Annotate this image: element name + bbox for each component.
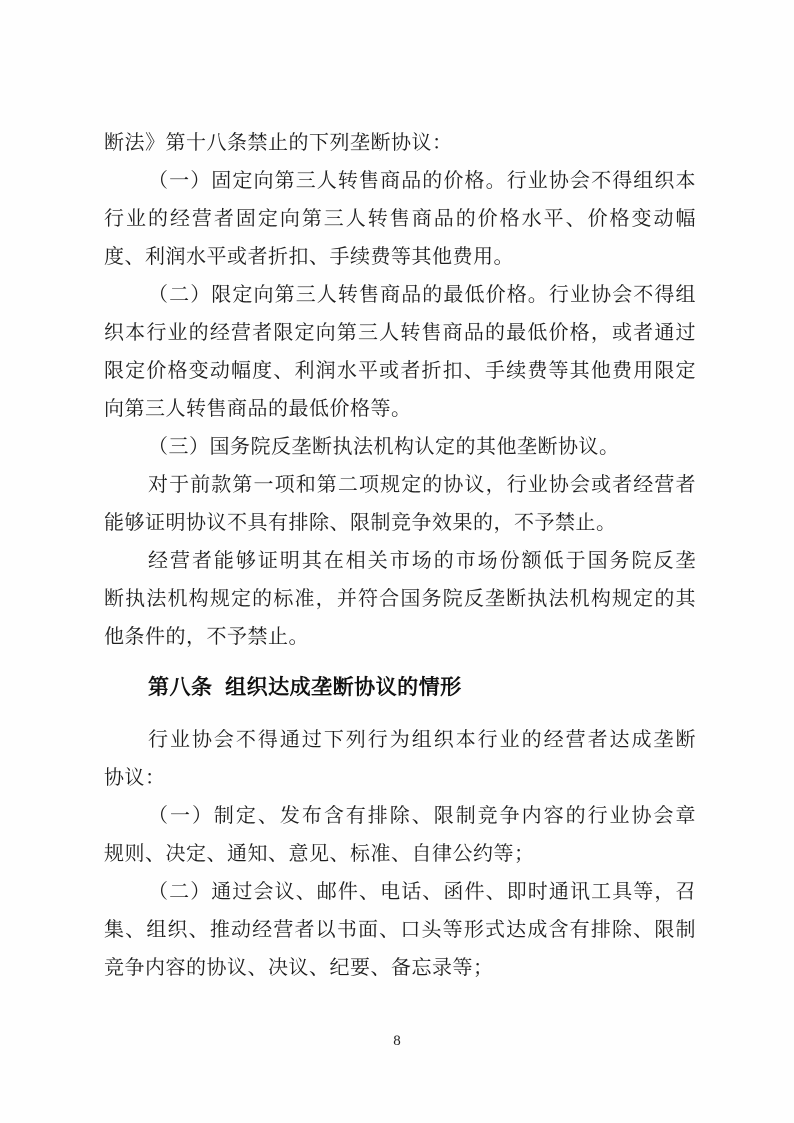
text-line: 断执法机构规定的标准，并符合国务院反垄断执法机构规定的其 <box>104 580 696 618</box>
text-line: 第八条 组织达成垄断协议的情形 <box>104 669 696 707</box>
text-line: 经营者能够证明其在相关市场的市场份额低于国务院反垄 <box>104 542 696 580</box>
text-line: （二）通过会议、邮件、电话、函件、即时通讯工具等，召 <box>104 873 696 911</box>
text-line: （二）限定向第三人转售商品的最低价格。行业协会不得组 <box>104 276 696 314</box>
text-line: （三）国务院反垄断执法机构认定的其他垄断协议。 <box>104 428 696 466</box>
text-line: 行业的经营者固定向第三人转售商品的价格水平、价格变动幅 <box>104 200 696 238</box>
paragraph: 对于前款第一项和第二项规定的协议，行业协会或者经营者能够证明协议不具有排除、限制… <box>104 466 696 542</box>
text-line: 能够证明协议不具有排除、限制竞争效果的，不予禁止。 <box>104 504 696 542</box>
text-line: （一）制定、发布含有排除、限制竞争内容的行业协会章程、 <box>104 797 696 835</box>
text-line: 行业协会不得通过下列行为组织本行业的经营者达成垄断 <box>104 721 696 759</box>
text-line: 协议： <box>104 759 696 797</box>
paragraph: （一）制定、发布含有排除、限制竞争内容的行业协会章程、规则、决定、通知、意见、标… <box>104 797 696 873</box>
document-page: 断法》第十八条禁止的下列垄断协议：（一）固定向第三人转售商品的价格。行业协会不得… <box>0 0 794 1123</box>
text-line: 织本行业的经营者限定向第三人转售商品的最低价格，或者通过 <box>104 314 696 352</box>
document-body: 断法》第十八条禁止的下列垄断协议：（一）固定向第三人转售商品的价格。行业协会不得… <box>104 124 696 987</box>
text-line: （一）固定向第三人转售商品的价格。行业协会不得组织本 <box>104 162 696 200</box>
paragraph: （三）国务院反垄断执法机构认定的其他垄断协议。 <box>104 428 696 466</box>
article-heading: 第八条 组织达成垄断协议的情形 <box>104 669 696 707</box>
text-line: 规则、决定、通知、意见、标准、自律公约等； <box>104 835 696 873</box>
text-line: 限定价格变动幅度、利润水平或者折扣、手续费等其他费用限定 <box>104 352 696 390</box>
text-line: 对于前款第一项和第二项规定的协议，行业协会或者经营者 <box>104 466 696 504</box>
text-line: 竞争内容的协议、决议、纪要、备忘录等； <box>104 949 696 987</box>
text-line: 向第三人转售商品的最低价格等。 <box>104 390 696 428</box>
paragraph: 断法》第十八条禁止的下列垄断协议： <box>104 124 696 162</box>
page-number: 8 <box>0 1031 794 1051</box>
paragraph: 经营者能够证明其在相关市场的市场份额低于国务院反垄断执法机构规定的标准，并符合国… <box>104 542 696 656</box>
paragraph: （二）通过会议、邮件、电话、函件、即时通讯工具等，召集、组织、推动经营者以书面、… <box>104 873 696 987</box>
paragraph: （二）限定向第三人转售商品的最低价格。行业协会不得组织本行业的经营者限定向第三人… <box>104 276 696 428</box>
paragraph: （一）固定向第三人转售商品的价格。行业协会不得组织本行业的经营者固定向第三人转售… <box>104 162 696 276</box>
text-line: 度、利润水平或者折扣、手续费等其他费用。 <box>104 238 696 276</box>
text-line: 断法》第十八条禁止的下列垄断协议： <box>104 124 696 162</box>
text-line: 他条件的，不予禁止。 <box>104 618 696 656</box>
paragraph: 行业协会不得通过下列行为组织本行业的经营者达成垄断协议： <box>104 721 696 797</box>
text-line: 集、组织、推动经营者以书面、口头等形式达成含有排除、限制 <box>104 911 696 949</box>
